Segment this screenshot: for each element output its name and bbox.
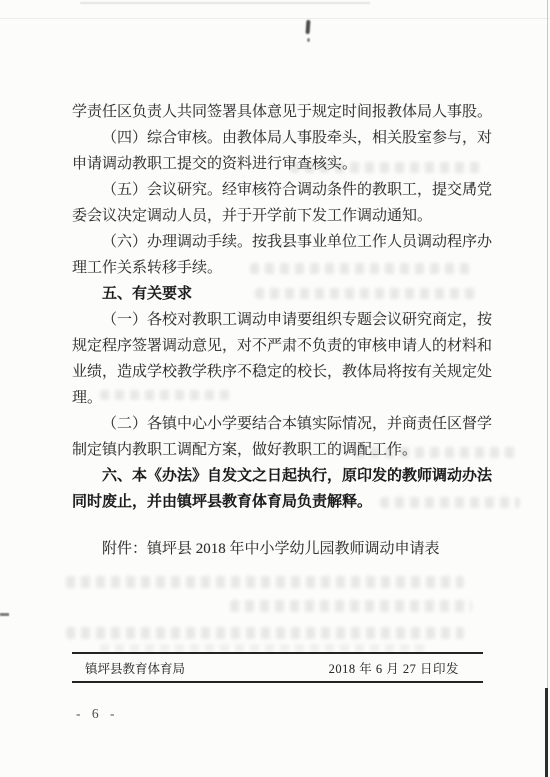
text-line: （二）各镇中心小学要结合本镇实际情况，并商责任区督学	[72, 411, 496, 437]
bleed-through-ghost-text	[66, 627, 464, 639]
text-line: （一）各校对教职工调动申请要组织专题会议研究商定，按	[72, 307, 496, 333]
text-line: 学责任区负责人共同签署具体意见于规定时间报教体局人事股。	[72, 99, 496, 125]
bleed-through-ghost-text	[230, 600, 472, 612]
scan-artifact-streak	[0, 18, 550, 19]
page-number: - 6 -	[76, 706, 119, 722]
scanned-document-page: 学责任区负责人共同签署具体意见于规定时间报教体局人事股。 （四）综合审核。由教体…	[0, 0, 550, 777]
print-date: 2018 年 6 月 27 日印发	[329, 659, 459, 677]
scan-artifact-dash	[0, 613, 9, 616]
text-line: （六）办理调动手续。按我县事业单位工作人员调动程序办	[72, 229, 496, 255]
text-line: 规定程序签署调动意见，对不严肃不负责的审核申请人的材料和	[72, 333, 496, 359]
scan-edge-line	[545, 688, 548, 777]
text-line: 业绩，造成学校教学秩序不稳定的校长，教体局将按有关规定处	[72, 359, 496, 385]
text-line: 申请调动教职工提交的资料进行审查核实。	[72, 151, 496, 177]
scan-artifact-streak	[80, 2, 370, 4]
record-footer: 镇坪县教育体育局 2018 年 6 月 27 日印发	[72, 652, 483, 683]
scan-artifact-smudge	[306, 20, 311, 34]
text-line: 理。	[72, 385, 496, 411]
bleed-through-ghost-text	[66, 576, 464, 588]
section-heading: 五、有关要求	[72, 281, 496, 307]
text-line: （五）会议研究。经审核符合调动条件的教职工，提交局党	[72, 177, 496, 203]
attachment-line: 附件：镇坪县 2018 年中小学幼儿园教师调动申请表	[72, 536, 496, 562]
bleed-through-ghost-text	[100, 644, 430, 652]
scan-edge-line	[547, 0, 548, 777]
text-line: 同时废止，并由镇坪县教育体育局负责解释。	[72, 489, 496, 515]
scan-artifact-dot	[307, 38, 310, 42]
text-line: 理工作关系转移手续。	[72, 255, 496, 281]
text-line: 制定镇内教职工调配方案，做好教职工的调配工作。	[72, 437, 496, 463]
section-heading: 六、本《办法》自发文之日起执行，原印发的教师调动办法	[72, 463, 496, 489]
issuing-organization: 镇坪县教育体育局	[85, 659, 185, 677]
document-body: 学责任区负责人共同签署具体意见于规定时间报教体局人事股。 （四）综合审核。由教体…	[72, 99, 496, 562]
text-line: （四）综合审核。由教体局人事股牵头，相关股室参与，对	[72, 125, 496, 151]
text-line: 委会议决定调动人员，并于开学前下发工作调动通知。	[72, 203, 496, 229]
